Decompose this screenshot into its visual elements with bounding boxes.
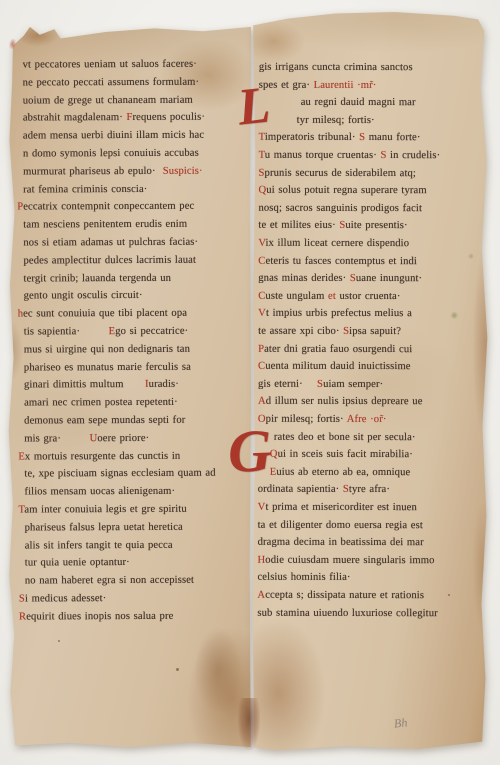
ink-text: pir milesq; fortis·: [266, 414, 347, 425]
text-line: Si medicus adesset·: [19, 593, 107, 605]
ink-text: prunis securus de siderabilem atq;: [265, 167, 416, 178]
ink-text: tyr milesq; fortis·: [297, 115, 375, 126]
ink-text: manu forte·: [365, 132, 420, 143]
speck: [58, 640, 60, 642]
ink-text: ordinata sapientia·: [258, 484, 343, 495]
ink-text: gis irrigans cuncta crimina sanctos: [259, 62, 413, 73]
text-line: adem mensa uerbi diuini illam micis hac: [23, 130, 204, 143]
rubric-text: Afre ·or̃·: [347, 414, 387, 425]
ink-text: adem mensa uerbi diuini illam micis hac: [23, 130, 204, 142]
ink-text: ix illum liceat cernere dispendio: [265, 238, 409, 249]
ink-text: imperatoris tribunal·: [265, 132, 359, 143]
ink-text: ipsa sapuit?: [349, 326, 401, 337]
text-line: Vt impius urbis prefectus melius a: [258, 308, 412, 320]
ink-text: t impius urbis prefectus melius a: [266, 308, 412, 319]
ink-text: no nam haberet egra si non accepisset: [25, 575, 194, 587]
ink-text: dragma decima in beatissima dei mar: [258, 537, 424, 548]
text-line: Euius ab eterno ab ea, omnique: [270, 467, 411, 479]
text-line: gento ungit osculis circuit·: [24, 290, 143, 303]
text-line: Ad illum ser nulis ipsius depreare ue: [258, 396, 423, 408]
ink-text: uite presentis·: [345, 220, 407, 231]
ink-text: nos si etiam adamas ut pulchras facias·: [23, 237, 198, 249]
text-line: gnas minas derides· Suane inungunt·: [258, 273, 422, 285]
text-line: Qui in sceis suis facit mirabilia·: [270, 449, 413, 461]
ink-text: gis eterni·: [258, 379, 317, 390]
text-line: Ceteris tu fasces contemptus et indi: [258, 255, 417, 267]
text-line: Sprunis securus de siderabilem atq;: [259, 167, 416, 179]
text-line: rates deo et bone sit per secula·: [274, 431, 416, 443]
text-line: Cuenta militum dauid inuictissime: [258, 361, 411, 373]
text-line: Peccatrix contempnit conpeccantem pec: [17, 201, 194, 214]
ink-text: ec sunt conuiuia que tibi placent opa: [23, 308, 187, 320]
ink-text: ne peccato peccati assumens formulam·: [23, 76, 200, 88]
rubric-text: Q: [258, 185, 266, 196]
text-line: tam nesciens penitentem erudis enim: [23, 219, 187, 232]
ink-text: am inter conuiuia legis et gre spiritu: [24, 504, 186, 516]
ink-text: t prima et misericorditer est inuen: [265, 502, 416, 513]
text-line: abstrahit magdalenam· Frequens poculis·: [23, 112, 205, 125]
ink-text: rat femina criminis conscia·: [23, 184, 147, 196]
speck: [448, 594, 450, 596]
text-line: te assare xpi cibo· Sipsa sapuit?: [258, 326, 401, 338]
ink-text: alis sit infers tangit te quia pecca: [25, 539, 173, 551]
ink-text: tis sapientia·: [24, 326, 109, 337]
text-line: tyr milesq; fortis·: [297, 115, 375, 127]
ink-text: uane inungunt·: [356, 273, 422, 284]
rubric-text: A: [257, 590, 265, 601]
text-line: Custe ungulam et ustor cruenta·: [258, 291, 400, 303]
text-line: sub stamina uiuendo luxuriose collegitur: [257, 607, 437, 619]
ink-text: te assare xpi cibo·: [258, 326, 343, 337]
ink-text: u manus torque cruentas·: [265, 150, 381, 161]
text-line: alis sit infers tangit te quia pecca: [25, 539, 173, 552]
ink-text: te, xpe pisciuam signas ecclesiam quam a…: [24, 468, 215, 480]
ink-text: rates deo et bone sit per secula·: [274, 431, 416, 442]
photograph-background: vt peccatores ueniam ut saluos faceres·n…: [0, 0, 500, 765]
ink-text: eccatrix contempnit conpeccantem pec: [23, 201, 194, 213]
ink-text: ater dni gratia fauo osurgendi cui: [264, 343, 412, 354]
ink-text: phariseo es munatus marie ferculis sa: [24, 361, 191, 373]
text-line: Accepta s; dissipata nature et rationis: [257, 590, 424, 602]
rubric-text: V: [258, 308, 266, 319]
text-line: phariseo es munatus marie ferculis sa: [24, 361, 191, 374]
text-line: te, xpe pisciuam signas ecclesiam quam a…: [24, 468, 215, 481]
text-column-left: vt peccatores ueniam ut saluos faceres·n…: [6, 23, 253, 750]
text-line: Tu manus torque cruentas· S in crudelis·: [259, 150, 441, 162]
ink-text: in crudelis·: [386, 150, 440, 161]
parchment-left-half: vt peccatores ueniam ut saluos faceres·n…: [8, 24, 252, 750]
text-line: ginari dimittis multum Iuradis·: [24, 379, 179, 392]
ink-text: ui in sceis suis facit mirabilia·: [278, 449, 413, 460]
ink-text: te et milites eius·: [258, 220, 339, 231]
ink-text: uste ungulam: [265, 291, 328, 302]
text-line: Timperatoris tribunal· S manu forte·: [259, 132, 421, 144]
ink-text: ginari dimittis multum: [24, 379, 145, 391]
rubric-text: Laurentii ·mr̃·: [314, 79, 377, 90]
ink-text: requens poculis·: [132, 112, 205, 123]
ink-text: amari nec crimen postea repetenti·: [24, 397, 178, 409]
text-line: celsius hominis filia·: [257, 572, 350, 584]
text-line: Qui solus potuit regna superare tyram: [258, 185, 426, 197]
ink-text: au regni dauid magni mar: [301, 97, 416, 108]
ink-text: pedes amplectitur dulces lacrimis lauat: [23, 255, 196, 267]
ink-text: tergit crinib; lauanda tergenda un: [24, 272, 172, 284]
parchment-left-surface: vt peccatores ueniam ut saluos faceres·n…: [8, 24, 252, 750]
ink-text: gento ungit osculis circuit·: [24, 290, 143, 302]
rubric-text: Suspicis·: [163, 165, 203, 176]
text-line: phariseus falsus lepra uetat heretica: [25, 522, 183, 535]
ink-text: ui solus potuit regna superare tyram: [266, 185, 426, 196]
text-line: Ex mortuis resurgente das cunctis in: [18, 450, 180, 463]
text-line: ta et diligenter domo euersa regia est: [258, 519, 423, 531]
parchment-right-half: gis irrigans cuncta crimina sanctosspes …: [252, 12, 490, 752]
ink-text: nosq; sacros sanguinis prodigos facit: [258, 203, 422, 214]
ink-text: gnas minas derides·: [258, 273, 350, 284]
ink-text: uius ab eterno ab ea, omnique: [276, 467, 410, 478]
ink-text: demonus eam sepe mundas septi for: [24, 415, 185, 427]
text-line: pedes amplectitur dulces lacrimis lauat: [23, 255, 196, 268]
rubric-text: V: [258, 502, 266, 513]
text-line: tergit crinib; lauanda tergenda un: [24, 272, 172, 285]
text-line: au regni dauid magni mar: [301, 97, 416, 109]
text-line: Requirit diues inopis nos salua pre: [19, 611, 173, 624]
ink-text: murmurat phariseus ab epulo·: [23, 166, 163, 178]
text-line: spes et gra· Laurentii ·mr̃·: [259, 79, 377, 91]
text-line: demonus eam sepe mundas septi for: [24, 415, 185, 428]
ink-text: oere priore·: [97, 433, 149, 444]
text-line: nos si etiam adamas ut pulchras facias·: [23, 237, 198, 250]
ink-text: mus si uirgine qui non dedignaris tan: [24, 344, 190, 356]
text-column-right: gis irrigans cuncta crimina sanctosspes …: [251, 12, 491, 753]
ink-text: abstrahit magdalenam·: [23, 112, 127, 123]
text-line: ordinata sapientia· Styre afra·: [258, 484, 390, 496]
ink-text: d illum ser nulis ipsius depreare ue: [266, 396, 423, 407]
ink-text: phariseus falsus lepra uetat heretica: [25, 522, 183, 534]
parchment-right-surface: gis irrigans cuncta crimina sanctosspes …: [252, 12, 490, 752]
ink-text: x mortuis resurgente das cunctis in: [25, 450, 180, 462]
ink-text: uradis·: [149, 379, 179, 390]
speck: [176, 668, 179, 671]
text-line: nosq; sacros sanguinis prodigos facit: [258, 203, 422, 215]
text-line: murmurat phariseus ab epulo· Suspicis·: [23, 165, 203, 178]
text-line: hec sunt conuiuia que tibi placent opa: [18, 308, 187, 321]
text-line: rat femina criminis conscia·: [23, 184, 147, 197]
ink-text: sub stamina uiuendo luxuriose collegitur: [257, 607, 437, 618]
text-line: tis sapientia· Ego si peccatrice·: [24, 326, 189, 339]
ink-text: go si peccatrice·: [115, 326, 188, 337]
rubric-text: et: [328, 291, 336, 302]
text-line: gis eterni· Suiam semper·: [258, 379, 383, 391]
ink-text: ccepta s; dissipata nature et rationis: [265, 590, 424, 601]
ink-text: tyre afra·: [349, 484, 390, 495]
ink-text: mis gra·: [24, 433, 89, 444]
text-line: Opir milesq; fortis· Afre ·or̃·: [258, 414, 387, 426]
text-line: Hodie cuiusdam muere singularis immo: [258, 555, 435, 567]
pencil-annotation: Bh: [393, 715, 408, 731]
text-line: mus si uirgine qui non dedignaris tan: [24, 344, 190, 357]
text-line: vt peccatores ueniam ut saluos faceres·: [23, 59, 197, 72]
ink-text: tur quia uenie optantur·: [25, 557, 130, 568]
large-initial-G: G: [227, 423, 272, 478]
text-line: Pater dni gratia fauo osurgendi cui: [258, 343, 412, 355]
ink-text: tam nesciens penitentem erudis enim: [23, 219, 187, 231]
ink-text: uiam semper·: [323, 379, 383, 390]
ink-text: equirit diues inopis nos salua pre: [26, 611, 173, 623]
ink-text: filios mensam uocas alienigenam·: [24, 486, 175, 498]
ink-text: ta et diligenter domo euersa regia est: [258, 519, 423, 530]
rubric-text: H: [258, 555, 266, 566]
text-line: Vix illum liceat cernere dispendio: [258, 238, 409, 250]
ink-text: vt peccatores ueniam ut saluos faceres·: [23, 59, 197, 71]
text-line: ne peccato peccati assumens formulam·: [23, 76, 200, 89]
rubric-text: A: [258, 396, 266, 407]
ink-text: i medicus adesset·: [25, 593, 106, 604]
text-line: gis irrigans cuncta crimina sanctos: [259, 62, 413, 74]
ink-text: uoium de grege ut chananeam mariam: [23, 94, 193, 106]
ink-text: uenta militum dauid inuictissime: [265, 361, 410, 372]
text-line: filios mensam uocas alienigenam·: [24, 486, 175, 499]
ink-text: eteris tu fasces contemptus et indi: [265, 255, 417, 266]
text-line: uoium de grege ut chananeam mariam: [23, 94, 193, 107]
text-line: no nam haberet egra si non accepisset: [25, 575, 194, 588]
text-line: tur quia uenie optantur·: [25, 557, 130, 569]
ink-text: odie cuiusdam muere singularis immo: [265, 555, 434, 566]
text-line: Tam inter conuiuia legis et gre spiritu: [19, 504, 187, 517]
ink-text: n domo symonis lepsi conuiuis accubas: [23, 148, 199, 160]
rubric-text: U: [90, 433, 98, 444]
ink-text: celsius hominis filia·: [257, 572, 350, 583]
text-line: mis gra· Uoere priore·: [24, 433, 149, 446]
text-line: dragma decima in beatissima dei mar: [258, 537, 424, 549]
ink-text: ustor cruenta·: [336, 291, 401, 302]
text-line: amari nec crimen postea repetenti·: [24, 397, 178, 410]
text-line: n domo symonis lepsi conuiuis accubas: [23, 148, 199, 161]
text-line: Vt prima et misericorditer est inuen: [258, 502, 417, 514]
ink-stain-bottom-seam: [238, 698, 260, 750]
text-line: te et milites eius· Suite presentis·: [258, 220, 407, 232]
large-initial-L: L: [236, 82, 272, 132]
